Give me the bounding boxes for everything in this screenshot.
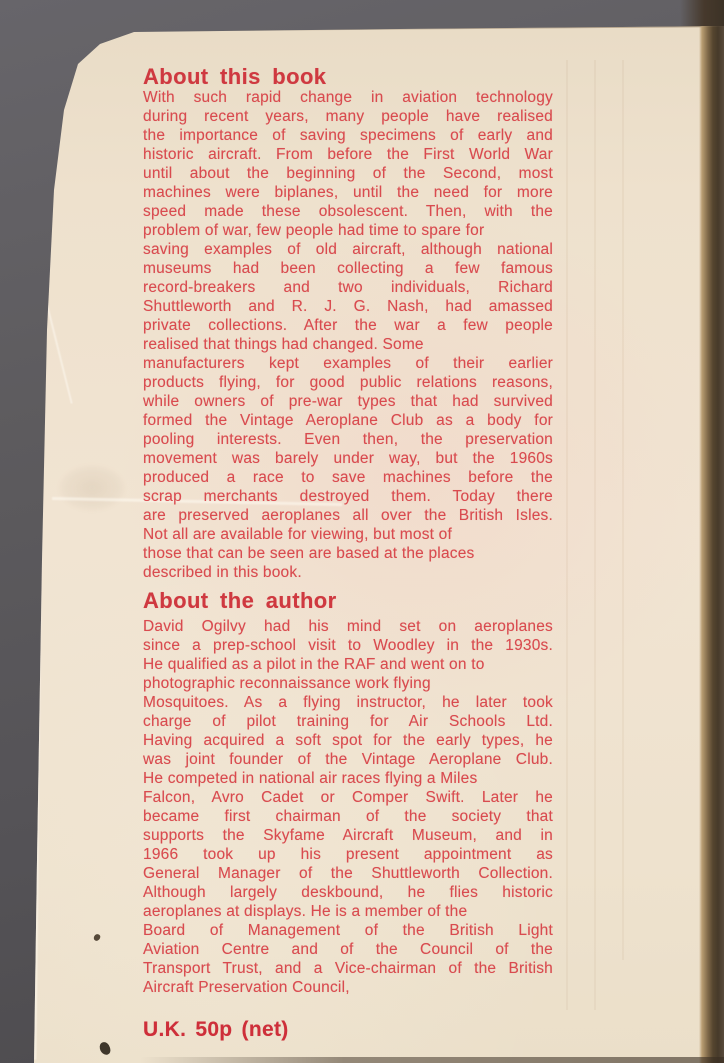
- body-line: movement was barely under way, but the 1…: [143, 449, 553, 468]
- body-line: saving examples of old aircraft, althoug…: [143, 240, 553, 259]
- body-line: Aviation Centre and of the Council of th…: [143, 940, 553, 959]
- body-line: aeroplanes at displays. He is a member o…: [143, 902, 553, 921]
- body-line: formed the Vintage Aeroplane Club as a b…: [143, 411, 553, 430]
- body-line: machines were biplanes, until the need f…: [143, 183, 553, 202]
- body-line: 1966 took up his present appointment as: [143, 845, 553, 864]
- body-line: museums had been collecting a few famous: [143, 259, 553, 278]
- body-line: Transport Trust, and a Vice-chairman of …: [143, 959, 553, 978]
- body-line: record-breakers and two individuals, Ric…: [143, 278, 553, 297]
- bottom-edge-shadow: [140, 1057, 724, 1063]
- paper-streak: [622, 60, 624, 960]
- stain-speck: [98, 1041, 111, 1056]
- body-line: pooling interests. Even then, the preser…: [143, 430, 553, 449]
- body-line: He qualified as a pilot in the RAF and w…: [143, 655, 553, 674]
- body-line: until about the beginning of the Second,…: [143, 164, 553, 183]
- body-line: described in this book.: [143, 563, 553, 582]
- paper-streak: [566, 60, 568, 1010]
- body-line: manufacturers kept examples of their ear…: [143, 354, 553, 373]
- about-this-book-text: With such rapid change in aviation techn…: [143, 88, 553, 582]
- body-line: historic aircraft. From before the First…: [143, 145, 553, 164]
- smudge-mark: [60, 466, 124, 510]
- body-line: supports the Skyfame Aircraft Museum, an…: [143, 826, 553, 845]
- body-line: the importance of saving specimens of ea…: [143, 126, 553, 145]
- body-line: Having acquired a soft spot for the earl…: [143, 731, 553, 750]
- body-line: was joint founder of the Vintage Aeropla…: [143, 750, 553, 769]
- cover-left-edge-highlight: [33, 200, 45, 1060]
- body-line: Although largely deskbound, he flies his…: [143, 883, 553, 902]
- price-label: U.K. 50p (net): [143, 1017, 289, 1043]
- body-line: General Manager of the Shuttleworth Coll…: [143, 864, 553, 883]
- book-cover: About this book With such rapid change i…: [0, 0, 724, 1063]
- body-line: those that can be seen are based at the …: [143, 544, 553, 563]
- body-line: produced a race to save machines before …: [143, 468, 553, 487]
- paper-streak: [594, 60, 596, 1010]
- body-line: products flying, for good public relatio…: [143, 373, 553, 392]
- body-line: Aircraft Preservation Council,: [143, 978, 553, 997]
- page-edge-right: [699, 24, 724, 1063]
- body-line: during recent years, many people have re…: [143, 107, 553, 126]
- book-back-cover-photo: About this book With such rapid change i…: [0, 0, 724, 1063]
- body-line: while owners of pre-war types that had s…: [143, 392, 553, 411]
- crease-mark: [45, 301, 72, 403]
- body-line: Shuttleworth and R. J. G. Nash, had amas…: [143, 297, 553, 316]
- about-the-author-text: David Ogilvy had his mind set on aeropla…: [143, 617, 553, 997]
- body-line: With such rapid change in aviation techn…: [143, 88, 553, 107]
- body-line: Falcon, Avro Cadet or Comper Swift. Late…: [143, 788, 553, 807]
- body-line: private collections. After the war a few…: [143, 316, 553, 335]
- body-line: David Ogilvy had his mind set on aeropla…: [143, 617, 553, 636]
- about-this-book-heading: About this book: [143, 64, 326, 90]
- body-line: Not all are available for viewing, but m…: [143, 525, 553, 544]
- body-line: became first chairman of the society tha…: [143, 807, 553, 826]
- body-line: speed made these obsolescent. Then, with…: [143, 202, 553, 221]
- body-line: realised that things had changed. Some: [143, 335, 553, 354]
- body-line: He competed in national air races flying…: [143, 769, 553, 788]
- body-line: photographic reconnaissance work flying: [143, 674, 553, 693]
- body-line: charge of pilot training for Air Schools…: [143, 712, 553, 731]
- cover-top-edge-shade: [96, 25, 724, 32]
- stain-speck: [93, 933, 101, 942]
- body-line: Board of Management of the British Light: [143, 921, 553, 940]
- body-line: are preserved aeroplanes all over the Br…: [143, 506, 553, 525]
- body-line: problem of war, few people had time to s…: [143, 221, 553, 240]
- body-line: scrap merchants destroyed them. Today th…: [143, 487, 553, 506]
- body-line: since a prep-school visit to Woodley in …: [143, 636, 553, 655]
- about-the-author-heading: About the author: [143, 588, 337, 614]
- body-line: Mosquitoes. As a flying instructor, he l…: [143, 693, 553, 712]
